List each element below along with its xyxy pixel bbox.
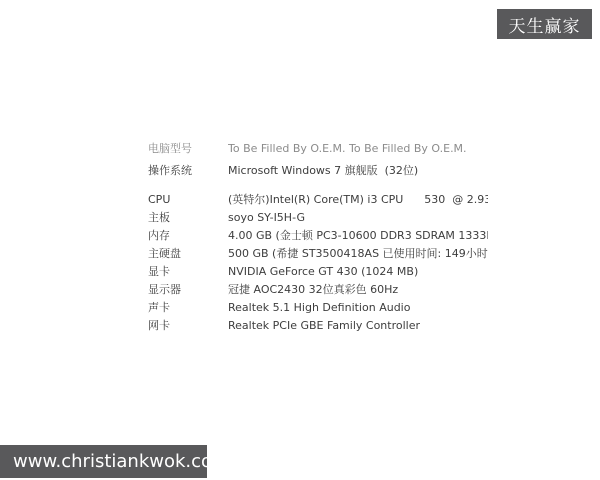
spec-row: 主硬盘 500 GB (希捷 ST3500418AS 已使用时间: 149小时) (148, 244, 488, 262)
spec-label: CPU (148, 193, 228, 206)
spec-row: CPU (英特尔)Intel(R) Core(TM) i3 CPU 530 @ … (148, 190, 488, 208)
spec-value: Microsoft Windows 7 旗舰版 (32位) (228, 162, 418, 178)
spec-row: 内存 4.00 GB (金士顿 PC3-10600 DDR3 SDRAM 133… (148, 226, 488, 244)
page-canvas: 天生赢家 电脑型号 To Be Filled By O.E.M. To Be F… (0, 0, 600, 480)
spec-label: 主硬盘 (148, 245, 228, 261)
spec-label: 显示器 (148, 281, 228, 297)
spec-row: 操作系统 Microsoft Windows 7 旗舰版 (32位) (148, 159, 488, 181)
spec-value: Realtek 5.1 High Definition Audio (228, 301, 410, 314)
spec-label: 网卡 (148, 317, 228, 333)
spec-value: Realtek PCIe GBE Family Controller (228, 319, 420, 332)
spec-value: 4.00 GB (金士顿 PC3-10600 DDR3 SDRAM 1333MH… (228, 227, 488, 243)
spec-row: 声卡 Realtek 5.1 High Definition Audio (148, 298, 488, 316)
watermark-bottom-badge: www.christiankwok.com (0, 445, 207, 478)
spec-label: 操作系统 (148, 162, 228, 178)
watermark-top-text: 天生赢家 (509, 12, 581, 37)
watermark-top-badge: 天生赢家 (497, 9, 592, 39)
spec-label: 主板 (148, 209, 228, 225)
spec-row: 网卡 Realtek PCIe GBE Family Controller (148, 316, 488, 334)
spec-value: (英特尔)Intel(R) Core(TM) i3 CPU 530 @ 2.93… (228, 191, 488, 207)
spec-label: 内存 (148, 227, 228, 243)
spec-value: 冠捷 AOC2430 32位真彩色 60Hz (228, 281, 398, 297)
spec-label: 显卡 (148, 263, 228, 279)
spec-row: 电脑型号 To Be Filled By O.E.M. To Be Filled… (148, 137, 488, 159)
spec-value: To Be Filled By O.E.M. To Be Filled By O… (228, 142, 467, 155)
spec-value: NVIDIA GeForce GT 430 (1024 MB) (228, 265, 418, 278)
spec-row: 主板 soyo SY-I5H-G (148, 208, 488, 226)
spec-row: 显卡 NVIDIA GeForce GT 430 (1024 MB) (148, 262, 488, 280)
spec-value: 500 GB (希捷 ST3500418AS 已使用时间: 149小时) (228, 245, 488, 261)
spec-label: 声卡 (148, 299, 228, 315)
spec-label: 电脑型号 (148, 140, 228, 156)
watermark-bottom-text: www.christiankwok.com (13, 451, 230, 472)
system-info-table: 电脑型号 To Be Filled By O.E.M. To Be Filled… (148, 137, 488, 334)
spec-row: 显示器 冠捷 AOC2430 32位真彩色 60Hz (148, 280, 488, 298)
spec-value: soyo SY-I5H-G (228, 211, 305, 224)
